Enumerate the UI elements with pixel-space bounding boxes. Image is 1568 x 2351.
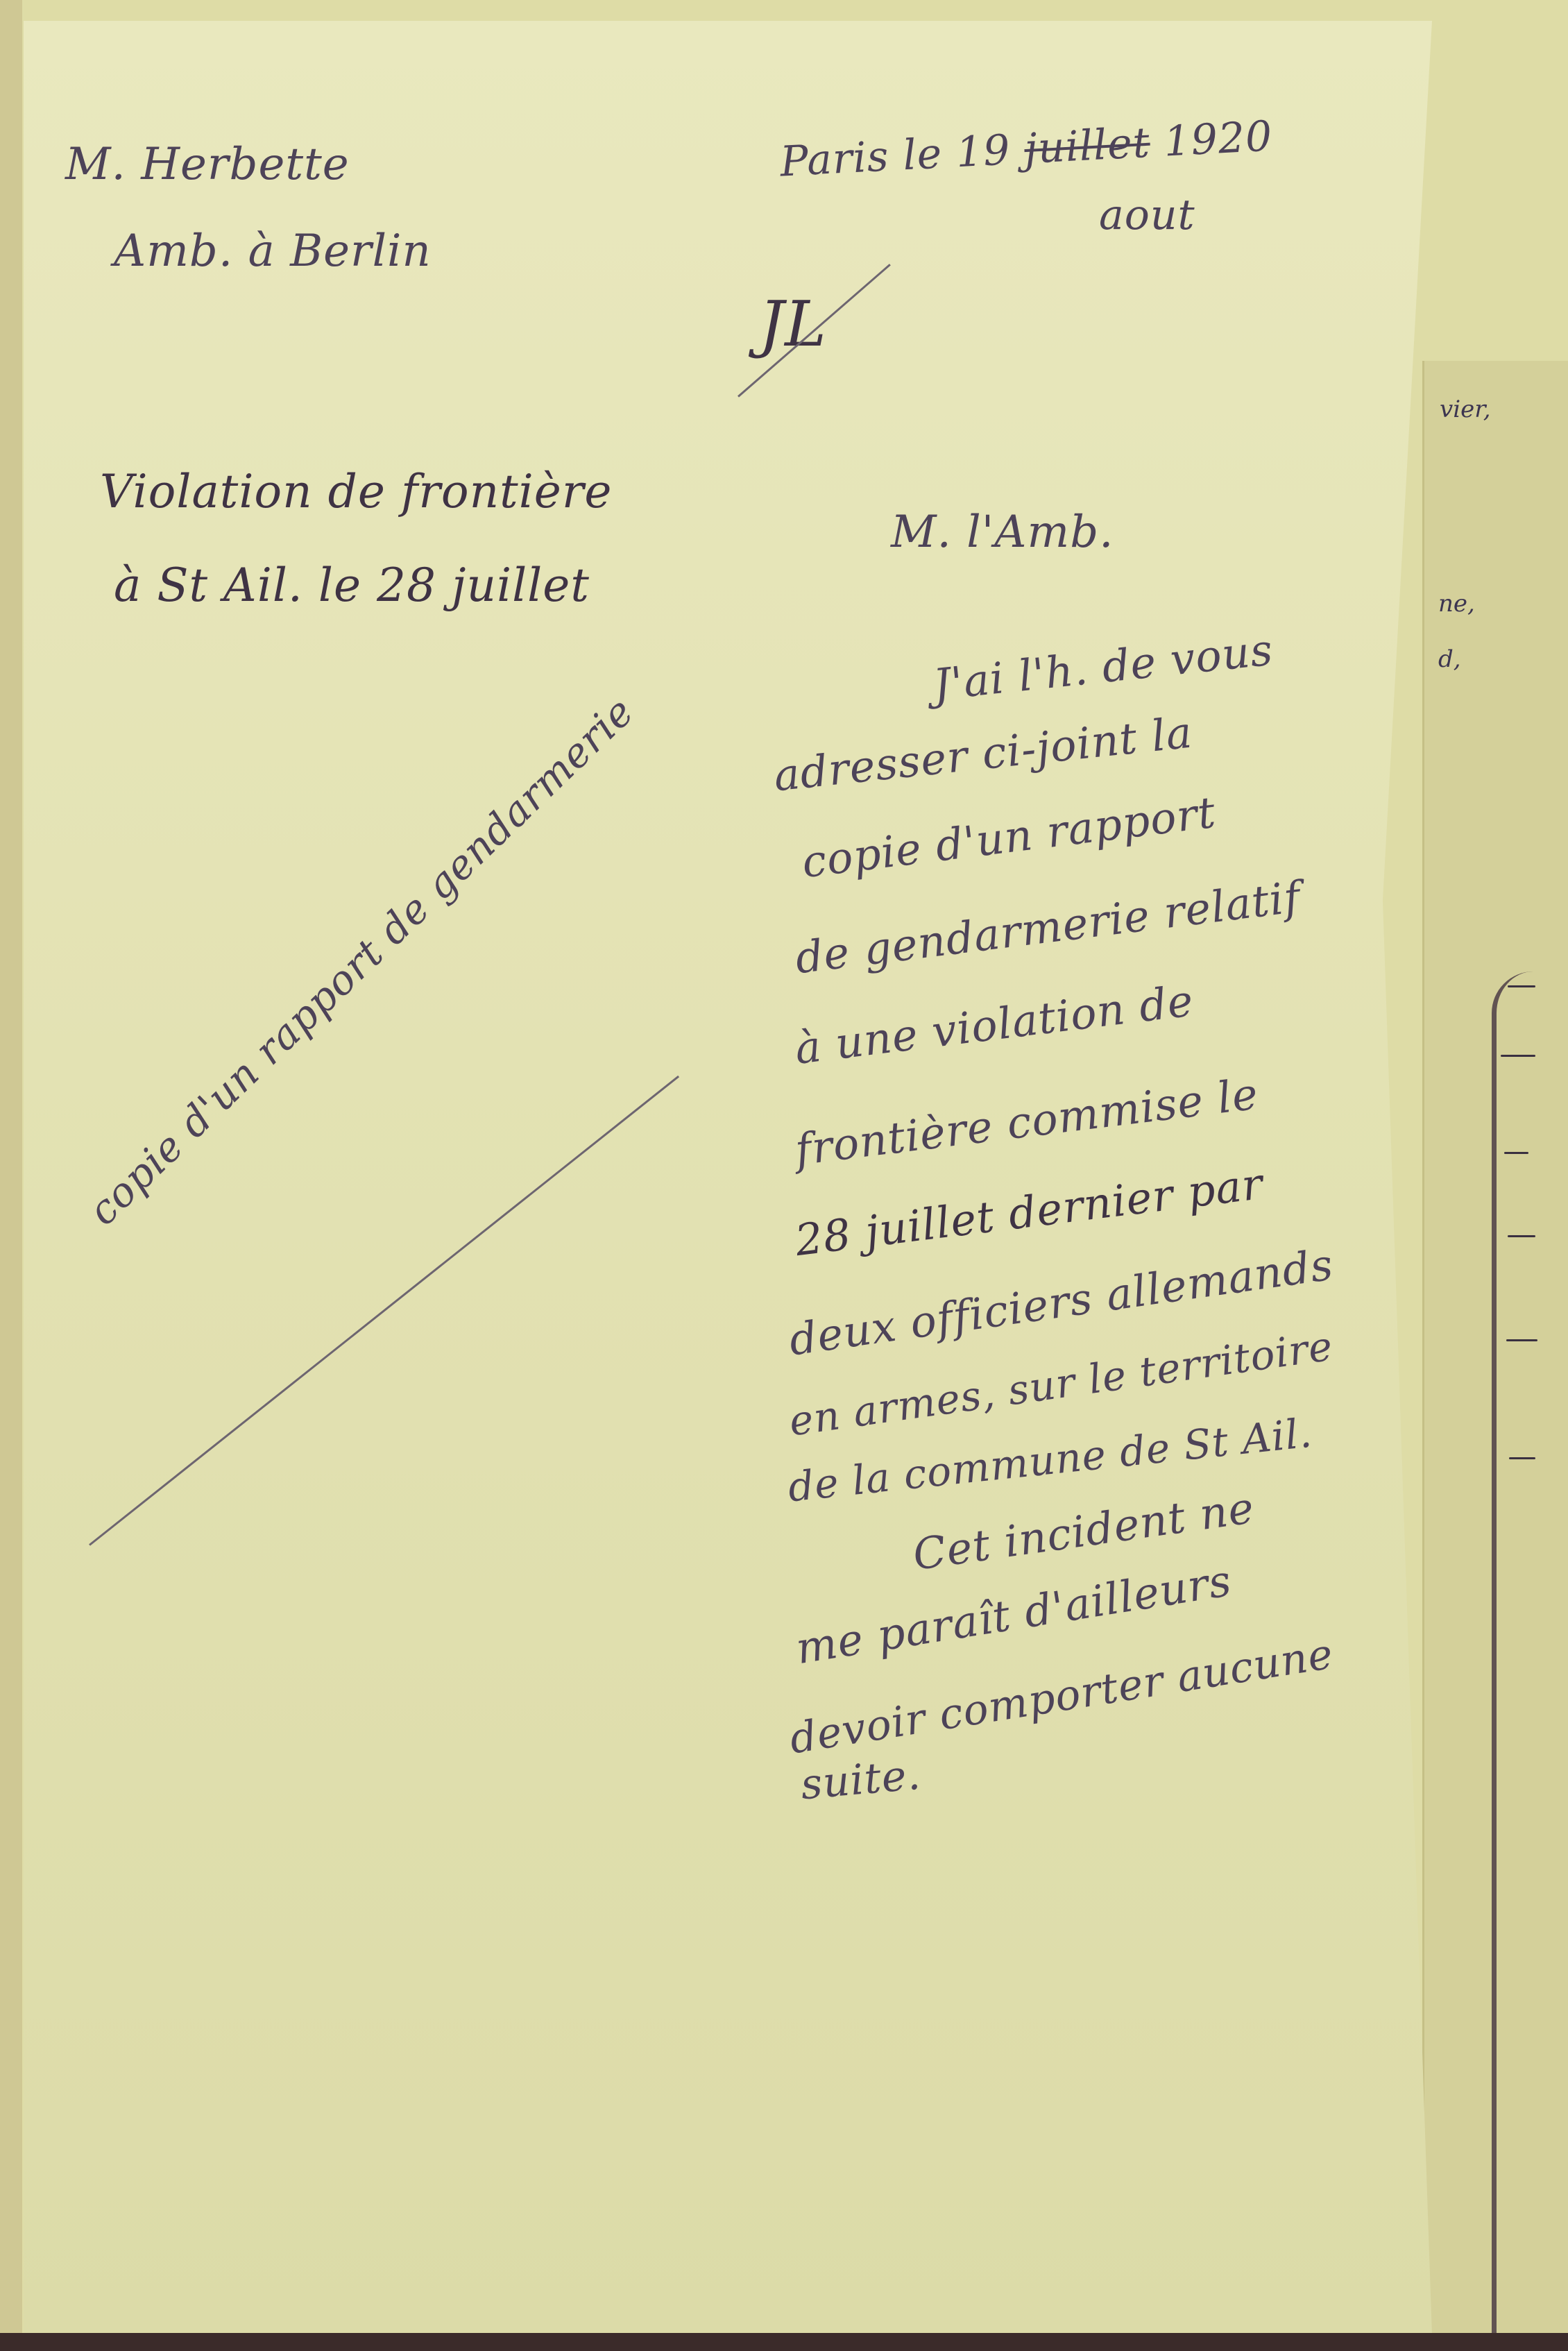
table-edge <box>0 2333 1568 2351</box>
body-line: J'ai l'h. de vous <box>931 624 1276 710</box>
binding-string <box>1492 971 1552 2351</box>
addressee-name: M. Herbette <box>65 139 350 190</box>
body-line: à une violation de <box>792 975 1197 1074</box>
body-line: de gendarmerie relatif <box>792 872 1303 984</box>
place-date-prefix: Paris le 19 <box>779 126 1012 186</box>
date-year: 1920 <box>1163 112 1274 166</box>
underlying-fragment: ne, <box>1438 590 1475 618</box>
body-line: 28 juillet dernier par <box>792 1158 1266 1266</box>
body-line: copie d'un rapport <box>799 787 1219 888</box>
underlying-fragment: d, <box>1438 645 1461 673</box>
body-line: adresser ci-joint la <box>772 707 1195 801</box>
salutation: M. l'Amb. <box>891 507 1114 558</box>
background-sheet-edge <box>0 0 22 2351</box>
place-date: Paris le 19 juillet 1920 <box>779 112 1274 186</box>
letter-sheet: M. Herbette Amb. à Berlin Paris le 19 ju… <box>24 21 1432 2335</box>
subject-line-1: Violation de frontière <box>100 465 612 518</box>
underlying-fragment: vier, <box>1440 396 1491 423</box>
closing-line: suite. <box>799 1751 923 1810</box>
struck-month: juillet <box>1023 119 1152 173</box>
corrected-month: aout <box>1099 191 1195 239</box>
body-line: frontière commise le <box>792 1068 1261 1175</box>
addressee-title: Amb. à Berlin <box>114 226 432 277</box>
subject-line-2: à St Ail. le 28 juillet <box>114 559 590 612</box>
enclosure-note: copie d'un rapport de gendarmerie <box>79 688 643 1234</box>
